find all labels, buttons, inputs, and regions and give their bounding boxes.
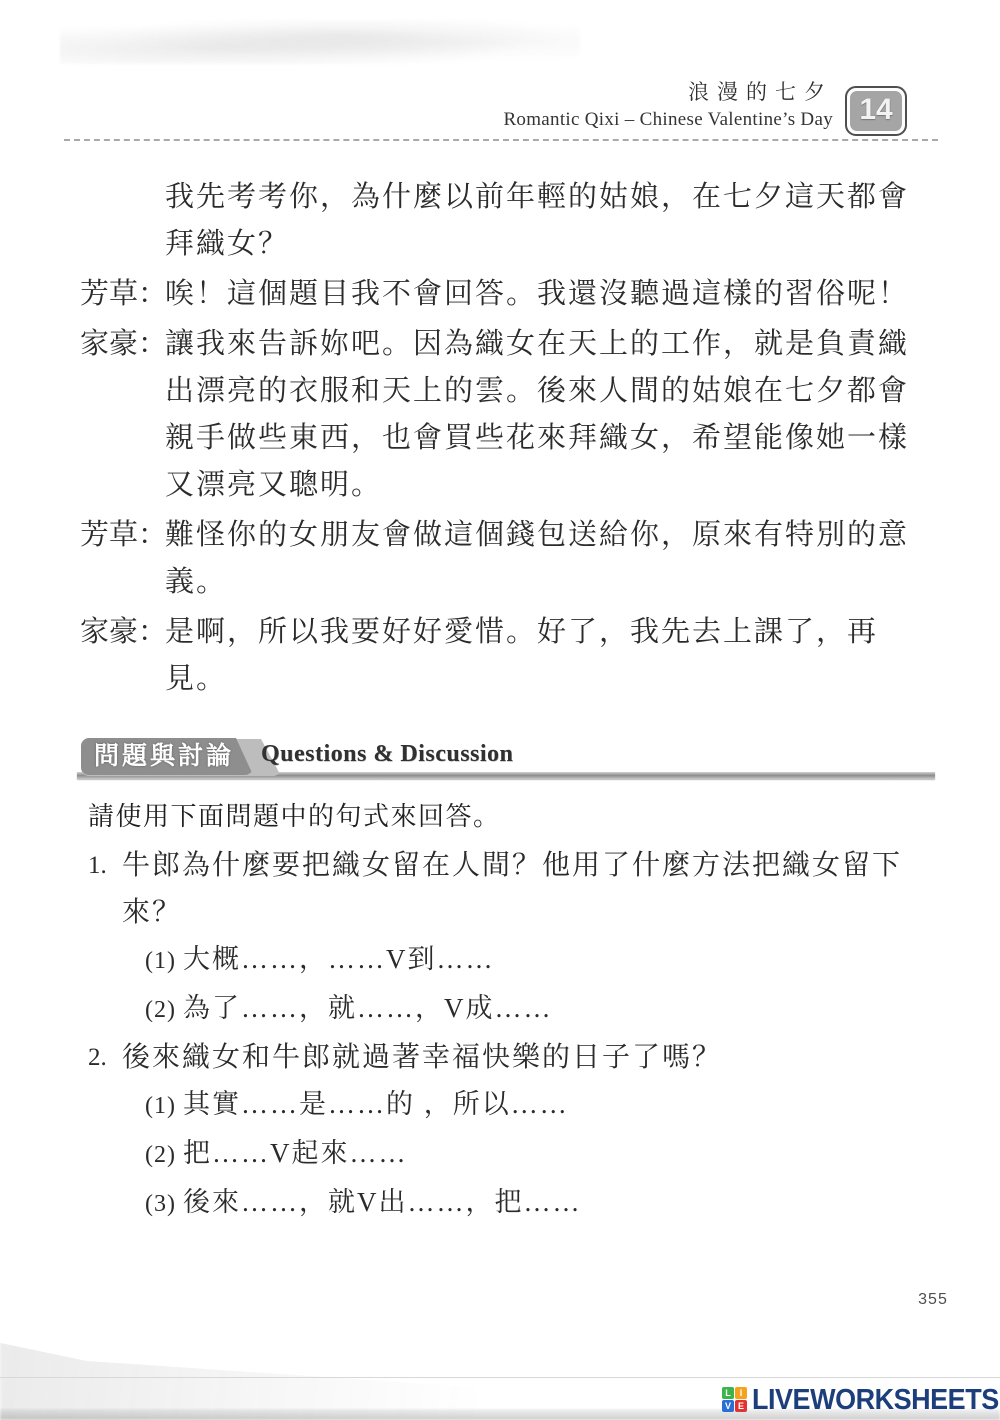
logo-square-v: V [722,1400,734,1412]
pattern-marker: (2) [145,997,176,1023]
speaker-label: 芳草： [80,512,167,606]
pattern-marker: (1) [145,1093,176,1119]
pattern-marker: (1) [145,948,176,974]
dialogue-section: 我先考考你，為什麼以前年輕的姑娘，在七夕這天都會拜織女？ 芳草： 唉！這個題目我… [80,174,932,706]
liveworksheets-logo[interactable]: L I V E LIVEWORKSHEETS [722,1384,1000,1417]
question-text: 後來織女和牛郎就過著幸福快樂的日子了嗎？ [122,1034,924,1081]
pattern-text: 把……V起來…… [183,1138,408,1168]
section-title: Questions & Discussion [261,741,513,768]
logo-square-e: E [735,1400,747,1412]
pattern-text: 大概……，……V到…… [183,944,495,974]
speech-text: 讓我來告訴妳吧。因為織女在天上的工作，就是負責織出漂亮的衣服和天上的雲。後來人間… [165,321,932,509]
questions-section: 請使用下面問題中的句式來回答。 1. 牛郎為什麼要把織女留在人間？他用了什麼方法… [88,796,932,1228]
pattern-line: (3)後來……，就V出……，把…… [145,1179,932,1228]
lesson-title-english: Romantic Qixi – Chinese Valentine’s Day [503,109,833,131]
question-text: 牛郎為什麼要把織女留在人間？他用了什麼方法把織女留下來？ [122,842,924,936]
speech-text: 難怪你的女朋友會做這個錢包送給你，原來有特別的意義。 [165,512,932,606]
pattern-text: 後來……，就V出……，把…… [183,1187,582,1217]
dialogue-turn: 家豪： 是啊，所以我要好好愛惜。好了，我先去上課了，再見。 [80,609,932,703]
pattern-line: (2)把……V起來…… [145,1130,932,1179]
dialogue-continuation: 我先考考你，為什麼以前年輕的姑娘，在七夕這天都會拜織女？ [165,174,932,268]
pattern-line: (2)為了……，就……，V成…… [145,985,932,1034]
pattern-list: (1)大概……，……V到…… (2)為了……，就……，V成…… [145,936,932,1034]
question-item: 1. 牛郎為什麼要把織女留在人間？他用了什麼方法把織女留下來？ [88,842,932,936]
question-number: 2. [88,1034,122,1081]
speech-text: 唉！這個題目我不會回答。我還沒聽過這樣的習俗呢！ [165,271,932,318]
header-divider [64,139,938,141]
speech-text: 是啊，所以我要好好愛惜。好了，我先去上課了，再見。 [165,609,932,703]
pattern-marker: (3) [145,1191,176,1217]
section-banner: 問題與討論 Questions & Discussion [75,738,935,782]
footer-divider [0,1377,1000,1378]
page-header: 浪漫的七夕 Romantic Qixi – Chinese Valentine’… [503,76,833,131]
question-item: 2. 後來織女和牛郎就過著幸福快樂的日子了嗎？ [88,1034,932,1081]
liveworksheets-wordmark: LIVEWORKSHEETS [752,1384,999,1417]
lesson-number: 14 [850,91,902,131]
logo-square-i: I [735,1387,747,1399]
pattern-line: (1)大概……，……V到…… [145,936,932,985]
pattern-text: 其實……是……的 ，所以…… [183,1089,569,1119]
question-number: 1. [88,842,122,936]
section-badge: 問題與討論 [81,738,253,775]
dialogue-turn: 芳草： 難怪你的女朋友會做這個錢包送給你，原來有特別的意義。 [80,512,932,606]
speaker-label: 家豪： [80,321,167,509]
page-number: 355 [903,1291,963,1309]
dialogue-turn: 芳草： 唉！這個題目我不會回答。我還沒聽過這樣的習俗呢！ [80,271,932,318]
liveworksheets-grid-icon: L I V E [722,1387,749,1414]
instruction-text: 請使用下面問題中的句式來回答。 [88,796,932,836]
scan-shadow-bottom-left [0,1338,620,1420]
logo-square-l: L [722,1387,734,1399]
pattern-list: (1)其實……是……的 ，所以…… (2)把……V起來…… (3)後來……，就V… [145,1081,932,1228]
dialogue-turn: 家豪： 讓我來告訴妳吧。因為織女在天上的工作，就是負責織出漂亮的衣服和天上的雲。… [80,321,932,509]
pattern-text: 為了……，就……，V成…… [183,993,553,1023]
scan-noise-top [60,20,580,64]
pattern-line: (1)其實……是……的 ，所以…… [145,1081,932,1130]
lesson-number-badge: 14 [845,86,907,136]
speaker-label: 家豪： [80,609,167,703]
pattern-marker: (2) [145,1142,176,1168]
speaker-label: 芳草： [80,271,167,318]
lesson-title-chinese: 浪漫的七夕 [503,76,833,106]
